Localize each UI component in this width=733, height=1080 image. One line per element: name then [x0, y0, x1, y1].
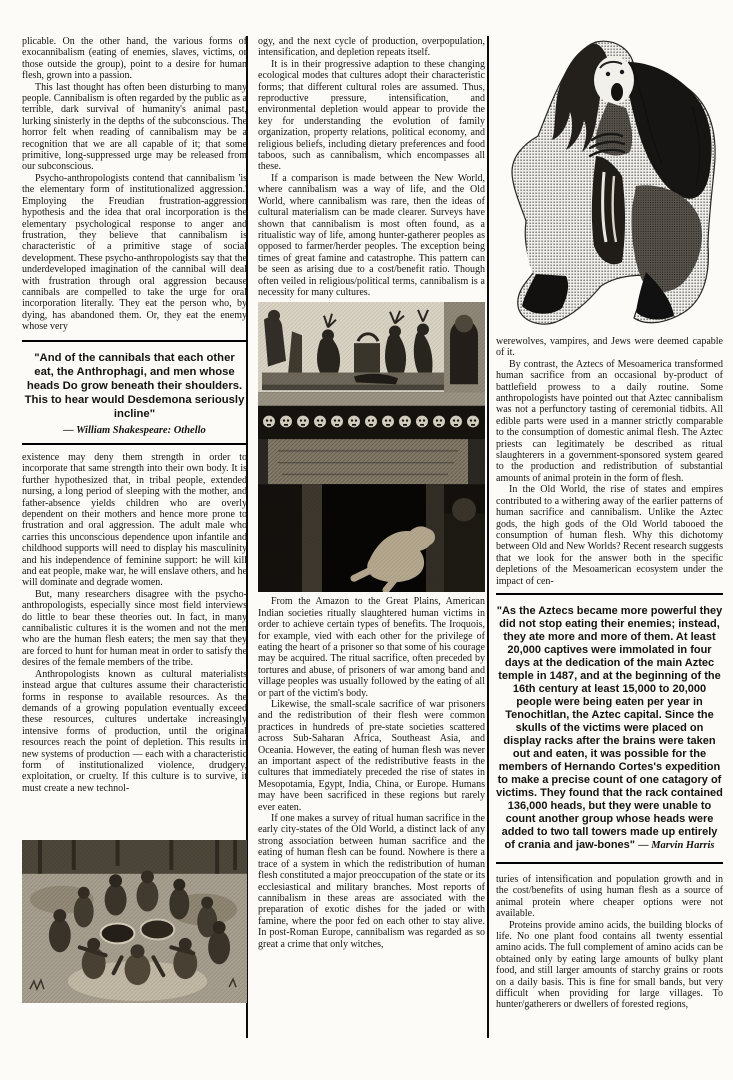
pullquote-text: "As the Aztecs became more powerful they… [496, 605, 723, 852]
body-paragraph: Anthropologists known as cultural materi… [22, 669, 247, 794]
body-paragraph: In the Old World, the rise of states and… [496, 484, 723, 587]
pullquote-text: "And of the cannibals that each other ea… [23, 351, 246, 422]
pullquote-attribution: — William Shakespeare: Othello [23, 425, 246, 436]
body-paragraph: But, many researchers disagree with the … [22, 589, 247, 669]
aztec-skull-rack-engraving [258, 302, 485, 592]
body-paragraph: Proteins provide amino acids, the buildi… [496, 920, 723, 1011]
stipple-crouching-figure-illustration [496, 36, 723, 332]
column-divider-rule [487, 36, 489, 1038]
column-1: plicable. On the other hand, the various… [22, 36, 247, 1046]
body-paragraph: ogy, and the next cycle of production, o… [258, 36, 485, 59]
body-paragraph: plicable. On the other hand, the various… [22, 36, 247, 82]
body-paragraph: If one makes a survey of ritual human sa… [258, 813, 485, 950]
magazine-page: plicable. On the other hand, the various… [0, 0, 733, 1080]
body-paragraph: turies of intensification and population… [496, 874, 723, 920]
body-paragraph: This last thought has often been disturb… [22, 82, 247, 173]
body-paragraph: existence may deny them strength in orde… [22, 452, 247, 589]
harris-pullquote: "As the Aztecs became more powerful they… [496, 593, 723, 864]
pullquote-attribution: — Marvin Harris [638, 840, 714, 851]
column-2: ogy, and the next cycle of production, o… [258, 36, 485, 1046]
pullquote-body: "As the Aztecs became more powerful they… [496, 605, 723, 851]
shakespeare-pullquote: "And of the cannibals that each other ea… [22, 340, 247, 445]
body-paragraph: Likewise, the small-scale sacrifice of w… [258, 699, 485, 813]
body-paragraph: werewolves, vampires, and Jews were deem… [496, 336, 723, 359]
column-3: werewolves, vampires, and Jews were deem… [496, 36, 723, 1046]
body-paragraph: By contrast, the Aztecs of Mesoamerica t… [496, 359, 723, 484]
body-paragraph: It is in their progressive adaption to t… [258, 59, 485, 173]
body-paragraph: Psycho-anthropologists contend that cann… [22, 173, 247, 333]
body-paragraph: From the Amazon to the Great Plains, Ame… [258, 596, 485, 699]
body-paragraph: If a comparison is made between the New … [258, 173, 485, 298]
cannibal-feast-engraving [22, 840, 247, 1003]
